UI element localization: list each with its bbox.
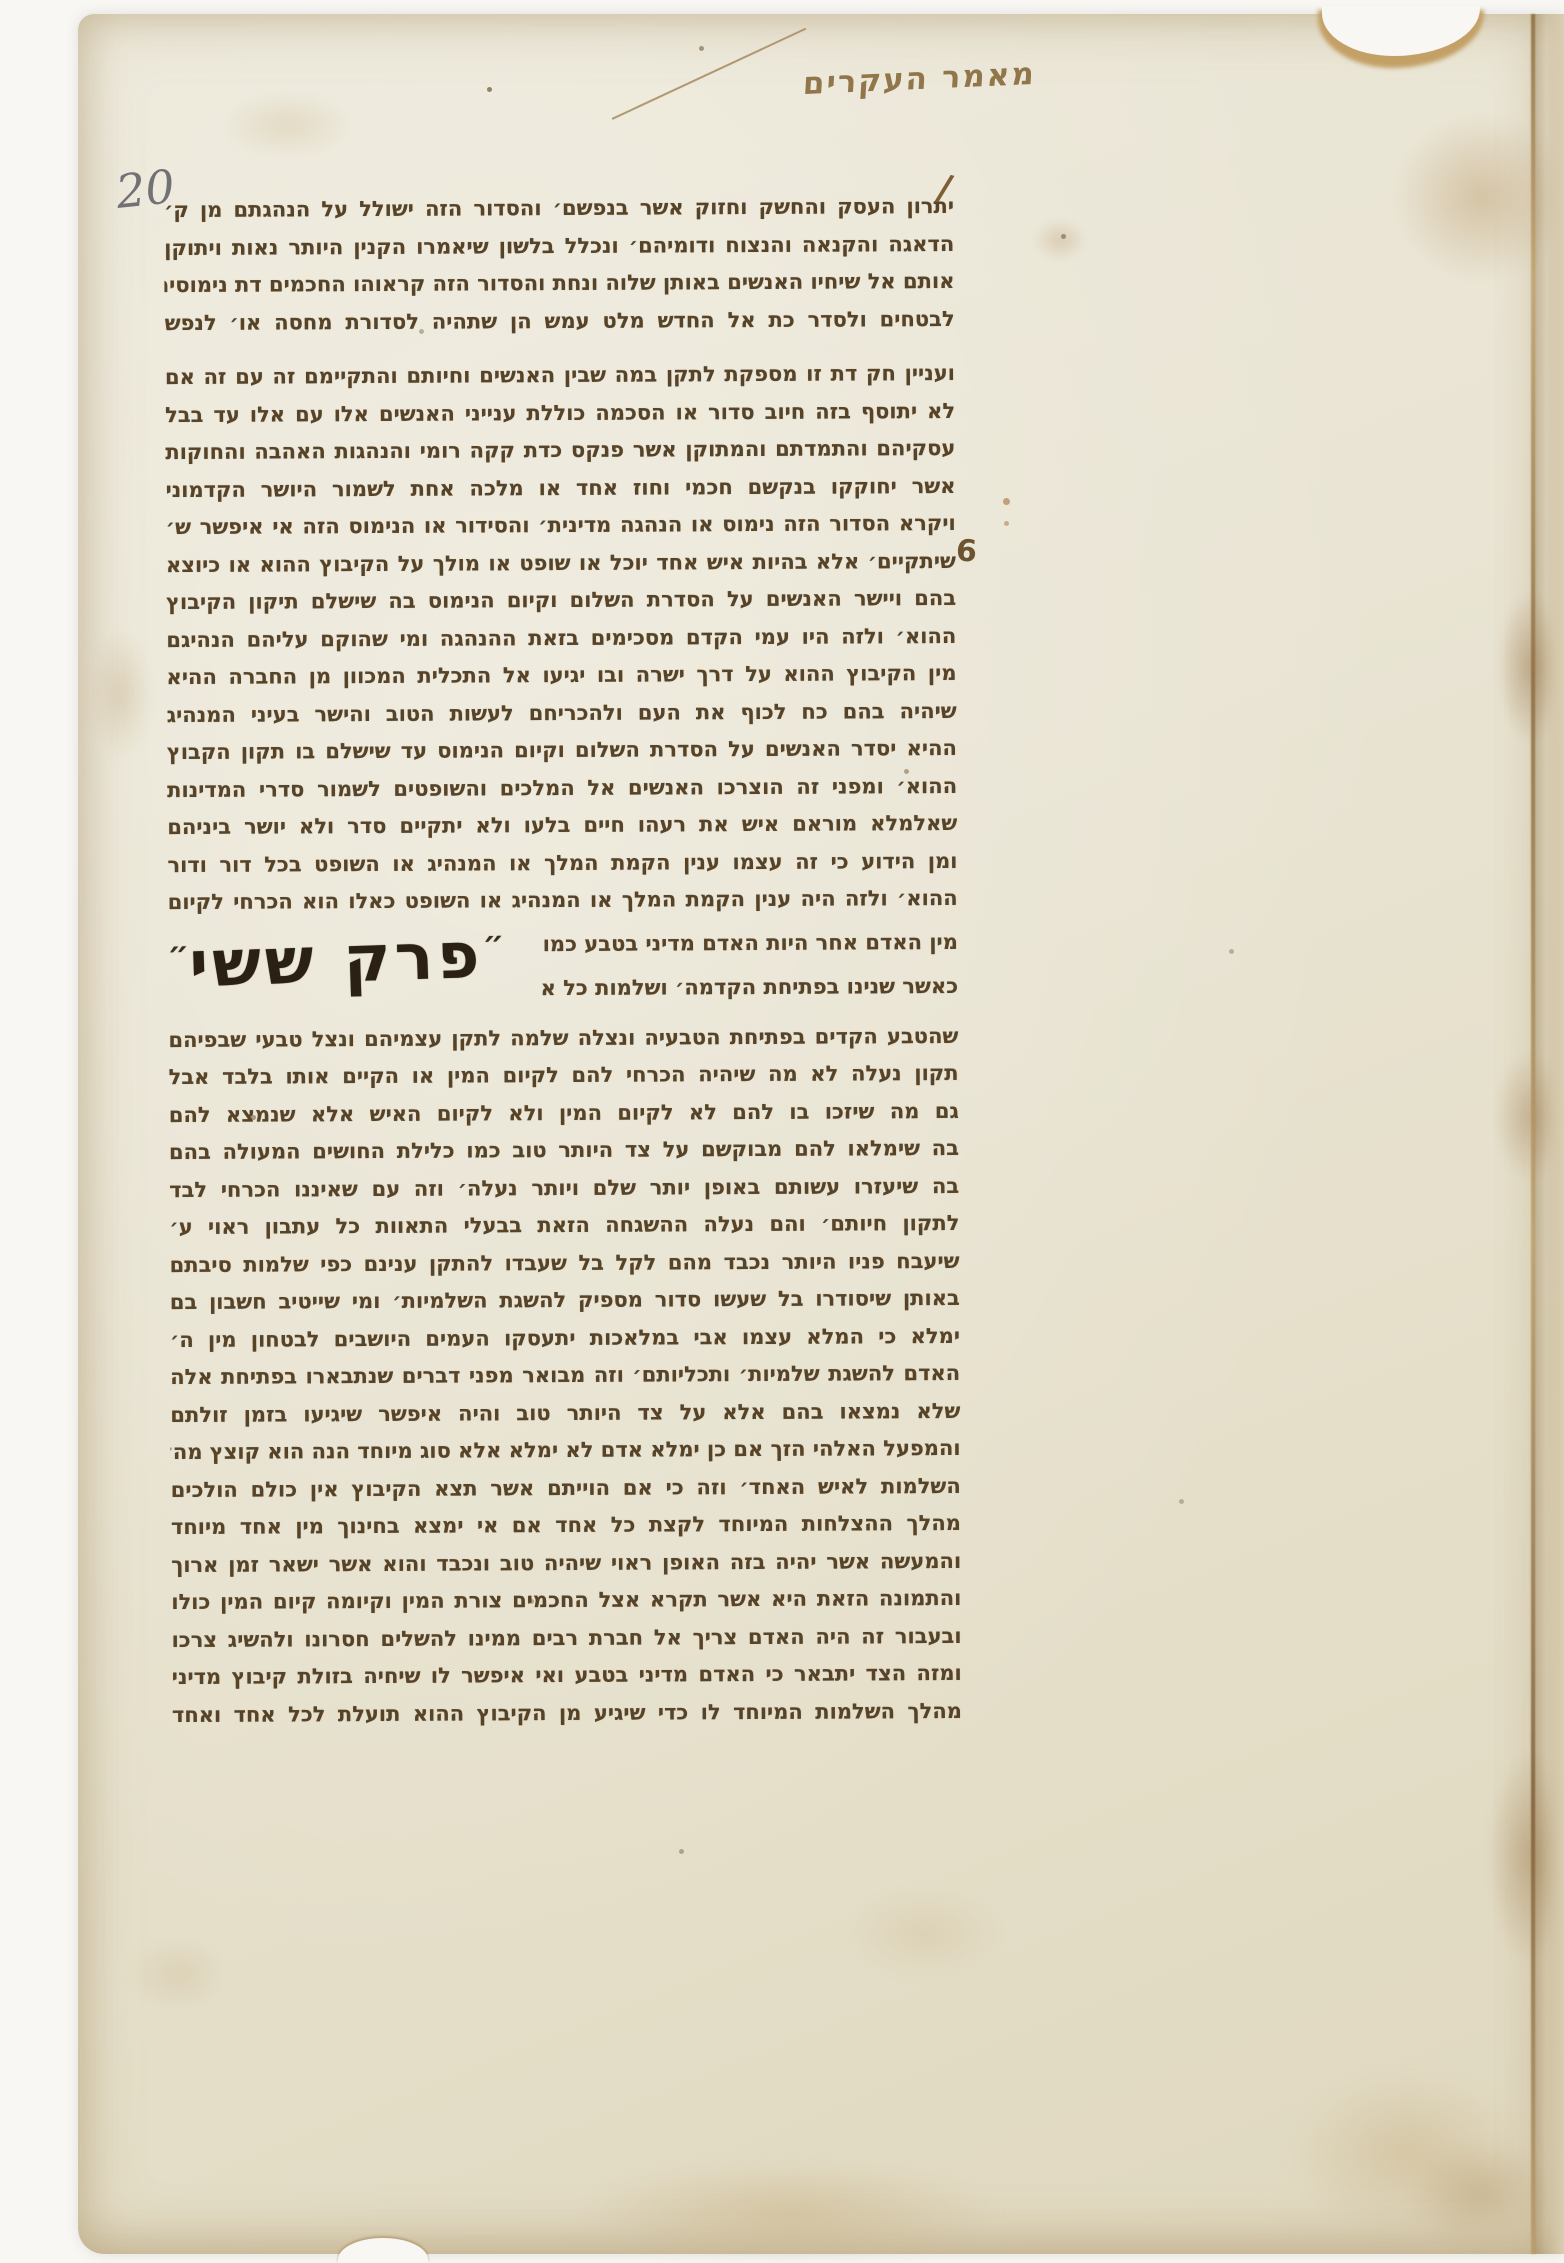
text-line: השלמות לאיש האחד׳ וזה כי אם הוייתם אשר ת… [171,1467,961,1509]
text-line: שיהיה בהם כח לכוף את העם ולהכריחם לעשות … [167,692,957,734]
text-line: תקון נעלה לא מה שיהיה הכרחי להם לקיום המ… [169,1055,959,1097]
text-line: והמפעל האלהי הזך אם כן ימלא אדם לא ימלא … [170,1430,960,1472]
text-line: שיעבח פניו היותר נכבד מהם לקל בל שעבדו ל… [169,1242,959,1284]
page-fold-crack [1531,14,1535,2254]
text-line: והמעשה אשר יהיה בזה האופן ראוי שיהיה טוב… [171,1542,961,1584]
text-block: יתרון העסק והחשק וחזוק אשר בנפשם׳ והסדור… [164,188,962,1734]
text-line: והתמונה הזאת היא אשר תקרא אצל החכמים צור… [171,1580,961,1622]
text-line: ההוא׳ ולזה היו עמי הקדם מסכימים בזאת ההנ… [166,617,956,659]
text-line: גם מה שיזכו בו להם לא לקיום המין ולא לקי… [169,1092,959,1134]
text-line: לא יתוסף בזה חיוב סדור או הסכמה כוללת ענ… [165,392,955,434]
text-line: שאלמלא מוראם איש את רעהו חיים בלעו ולא י… [167,805,957,847]
text-line: שלא נמצאו בהם אלא על צד היותר טוב והיה א… [170,1392,960,1434]
chapter-heading-row: מין האדם אחר היות האדם מדיני בטבע כמו שב… [168,917,959,1021]
text-line: ועניין חק דת זו מספקת לתקן במה שבין האנש… [165,355,955,397]
text-line: באותן שיסודרו בל שעשו סדור מספיק להשגת ה… [170,1280,960,1322]
heading-gershayim-left: ״ [167,935,189,971]
text-line: מהלך השלמות המיוחד לו כדי שיגיע מן הקיבו… [172,1692,962,1734]
text-line: מהלך ההצלחות המיוחד לקצת כל אחד אם אי ימ… [171,1505,961,1547]
text-line: שהטבע הקדים בפתיחת הטבעיה ונצלה שלמה לתק… [168,1017,958,1059]
chapter-heading: ״פרק ששי״ [167,914,541,1002]
dust-specks [0,0,3,3]
text-line: ימלא כי המלא עצמו אבי במלאכות יתעסקו העמ… [170,1317,960,1359]
stain [580,2160,1000,2260]
paragraph-1: יתרון העסק והחשק וחזוק אשר בנפשם׳ והסדור… [164,188,955,342]
margin-numeral: 6 [955,533,978,569]
text-line: יתרון העסק והחשק וחזוק אשר בנפשם׳ והסדור… [164,188,954,230]
stain [850,1890,1000,1976]
stain [222,92,352,158]
adjacent-folio-edge [1534,14,1564,2254]
text-line: האדם להשגת שלמיות׳ ותכליותם׳ וזה מבואר מ… [170,1355,960,1397]
text-line: שיתקיים׳ אלא בהיות איש אחד יוכל או שופט … [166,542,956,584]
text-line: ההוא׳ ומפני זה הוצרכו האנשים אל המלכים ו… [167,767,957,809]
stain [1032,218,1088,262]
heading-gershayim-right: ״ [482,925,504,961]
paragraph-2: ועניין חק דת זו מספקת לתקן במה שבין האנש… [165,355,958,922]
text-line: בה שיעזרו עשותם באופן יותר שלם ויותר נעל… [169,1167,959,1209]
text-line: אותם אל שיחיו האנשים באותן שלוה ונחת והס… [164,263,954,305]
paragraph-3: שהטבע הקדים בפתיחת הטבעיה ונצלה שלמה לתק… [168,1017,962,1734]
text-line: לבטחים ולסדר כת אל החדש מלט עמש הן שתהיה… [165,300,955,342]
text-line: בהם ויישר האנשים על הסדרת השלום וקיום הנ… [166,580,956,622]
stain [88,628,152,758]
text-line: ויקרא הסדור הזה נימוס או הנהגה מדינית׳ ו… [166,505,956,547]
text-line: הדאגה והקנאה והנצוח ודומיהם׳ ונכלל בלשון… [164,225,954,267]
text-line: ההיא יסדר האנשים על הסדרת השלום וקיום הנ… [167,730,957,772]
text-line: מין הקיבוץ ההוא על דרך ישרה ובו יגיעו אל… [166,655,956,697]
text-line: אשר יחוקקו בנקשם חכמי וחוז אחד או מלכה א… [165,467,955,509]
text-line: ומזה הצד יתבאר כי האדם מדיני בטבע ואי אי… [172,1655,962,1697]
stain [128,1936,228,2012]
text-line: ומן הידוע כי זה עצמו ענין הקמת המלך או ה… [167,842,957,884]
text-line: ההוא׳ ולזה היה ענין הקמת המלך או המנהיג … [168,880,958,922]
chapter-heading-text: פרק ששי [188,918,484,1002]
text-line: לתקון חיותם׳ והם נעלה ההשגחה הזאת בבעלי … [169,1205,959,1247]
text-line: בה שימלאו להם מבוקשם על צד היותר טוב כמו… [169,1130,959,1172]
text-line: ובעבור זה היה האדם צריך אל חברת רבים ממי… [171,1617,961,1659]
lines-beside-heading: מין האדם אחר היות האדם מדיני בטבע כמו שב… [540,917,958,1009]
manuscript-photo: 20 מאמר העקרים יתרון העסק והחשק וחזוק אש… [0,0,1564,2263]
text-line: מין האדם אחר היות האדם מדיני בטבע כמו שב… [540,919,958,965]
text-line: עסקיהם והתמדתם והמתוקן אשר פנקס כדת קקה … [165,430,955,472]
text-line: כאשר שנינו בפתיחת הקדמה׳ ושלמות כל א׳ מה… [540,963,958,1009]
